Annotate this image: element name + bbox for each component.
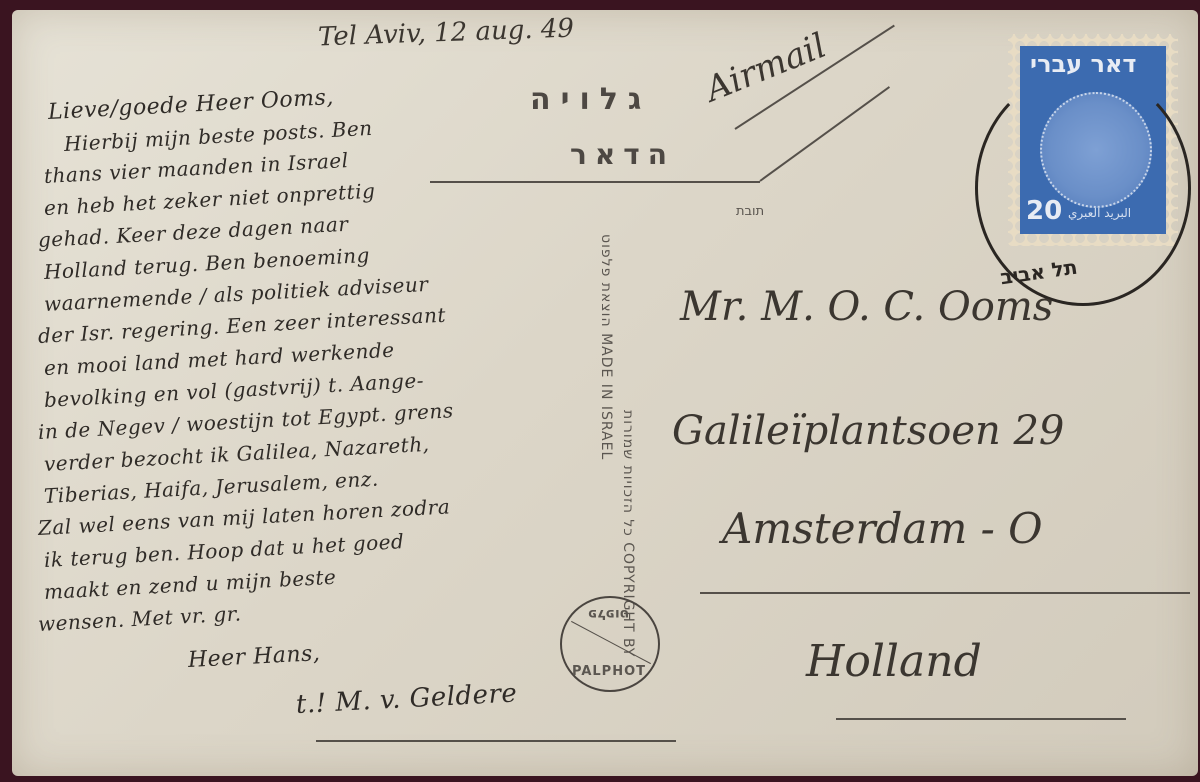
header-rule: [430, 181, 760, 183]
country-underline: [836, 718, 1126, 720]
palphot-hebrew: פלפוט: [588, 606, 629, 622]
made-in-israel-text: הוצאת פלפוט MADE IN ISRAEL: [598, 234, 614, 460]
address-line-3: Amsterdam - O: [722, 504, 1043, 553]
copyright-hebrew: כל הזכויות שמורות: [620, 410, 636, 537]
address-line-1: Mr. M. O. C. Ooms: [680, 284, 1053, 330]
hebrew-header-post: הדאר: [570, 138, 675, 171]
signature-underline: [316, 740, 676, 742]
palphot-name: PALPHOT: [572, 664, 646, 679]
address-rule: [700, 592, 1190, 594]
made-in-israel: MADE IN ISRAEL: [598, 333, 614, 460]
address-label: תובת: [736, 204, 764, 219]
made-in-israel-hebrew: הוצאת פלפוט: [598, 234, 614, 328]
address-line-2: Galileïplantsoen 29: [672, 408, 1064, 454]
address-line-4: Holland: [806, 636, 982, 687]
hebrew-header-postcard: גלויה: [530, 82, 651, 117]
